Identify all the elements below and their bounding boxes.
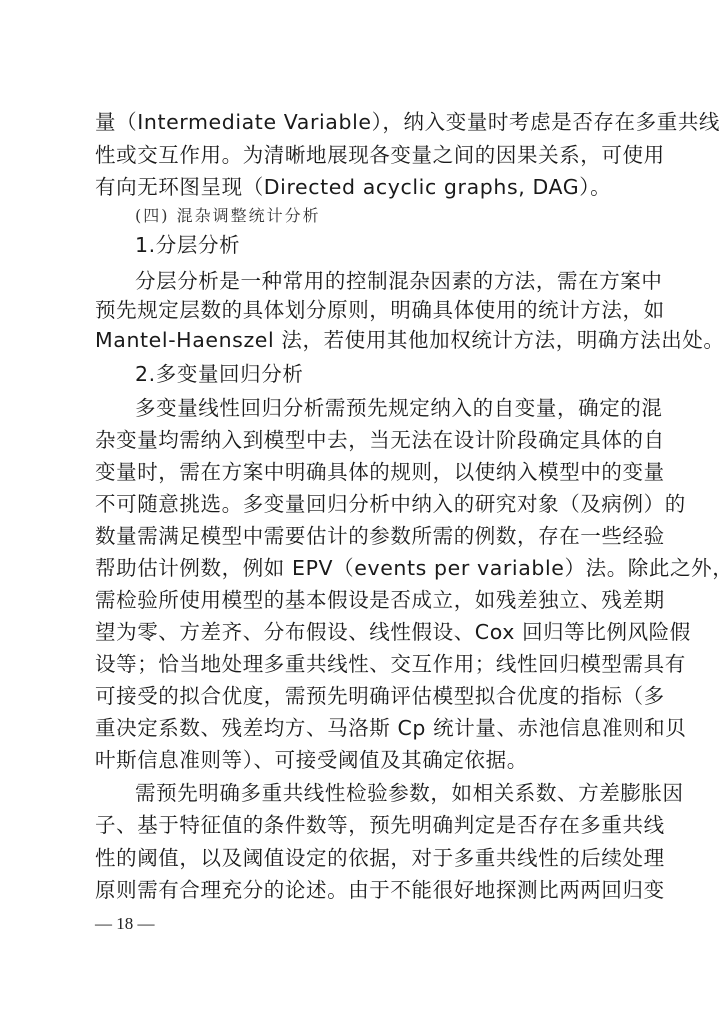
text-line: 设等；恰当地处理多重共线性、交互作用；线性回归模型需具有 <box>95 648 635 680</box>
text-line: 原则需有合理充分的论述。由于不能很好地探测比两两回归变 <box>95 874 635 906</box>
text-line: 分层分析是一种常用的控制混杂因素的方法，需在方案中 <box>135 265 635 297</box>
text-line: 性的阈值，以及阈值设定的依据，对于多重共线性的后续处理 <box>95 842 635 874</box>
text-line: Mantel-Haenszel 法，若使用其他加权统计方法，明确方法出处。 <box>95 324 635 356</box>
text-line: 望为零、方差齐、分布假设、线性假设、Cox 回归等比例风险假 <box>95 616 635 648</box>
text-line: 数量需满足模型中需要估计的参数所需的例数，存在一些经验 <box>95 520 635 552</box>
page-number: — 18 — <box>95 914 155 934</box>
text-line: 性或交互作用。为清晰地展现各变量之间的因果关系，可使用 <box>95 139 635 171</box>
text-line: 2.多变量回归分析 <box>135 358 635 390</box>
text-line: 需预先明确多重共线性检验参数，如相关系数、方差膨胀因 <box>135 777 635 809</box>
section-heading: (四) 混杂调整统计分析 <box>135 200 635 232</box>
text-line: 子、基于特征值的条件数等，预先明确判定是否存在多重共线 <box>95 809 635 841</box>
text-line: 可接受的拟合优度，需预先明确评估模型拟合优度的指标（多 <box>95 680 635 712</box>
text-line: 量（Intermediate Variable），纳入变量时考虑是否存在多重共线 <box>95 106 635 138</box>
text-line: 叶斯信息准则等）、可接受阈值及其确定依据。 <box>95 744 635 776</box>
text-line: 有向无环图呈现（Directed acyclic graphs, DAG）。 <box>95 171 635 203</box>
document-page: 量（Intermediate Variable），纳入变量时考虑是否存在多重共线… <box>0 0 720 1018</box>
text-line: 预先规定层数的具体划分原则，明确具体使用的统计方法，如 <box>95 294 635 326</box>
text-line: 帮助估计例数，例如 EPV（events per variable）法。除此之外… <box>95 552 635 584</box>
text-line: 多变量线性回归分析需预先规定纳入的自变量，确定的混 <box>135 392 635 424</box>
text-line: 不可随意挑选。多变量回归分析中纳入的研究对象（及病例）的 <box>95 488 635 520</box>
text-line: 1.分层分析 <box>135 229 635 261</box>
text-line: 需检验所使用模型的基本假设是否成立，如残差独立、残差期 <box>95 584 635 616</box>
text-line: 变量时，需在方案中明确具体的规则，以使纳入模型中的变量 <box>95 456 635 488</box>
text-line: 杂变量均需纳入到模型中去，当无法在设计阶段确定具体的自 <box>95 424 635 456</box>
text-line: 重决定系数、残差均方、马洛斯 Cp 统计量、赤池信息准则和贝 <box>95 712 635 744</box>
